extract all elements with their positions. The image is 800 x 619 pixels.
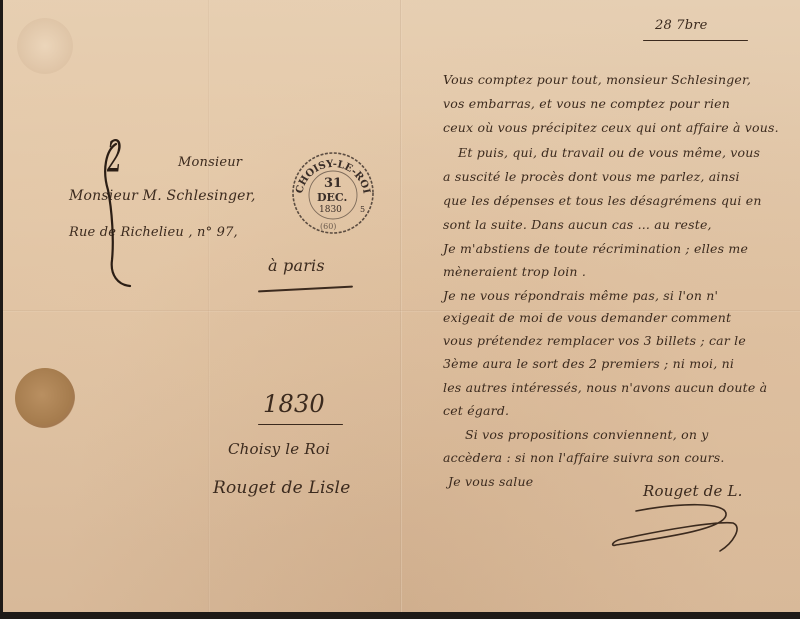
city-underline	[258, 286, 353, 293]
address-bracket-icon	[98, 140, 138, 290]
postmark-month: DEC.	[317, 191, 347, 204]
wax-seal-stain	[15, 368, 75, 428]
letter-line: exigeait de moi de vous demander comment	[443, 310, 731, 325]
postmark-year: 1830	[319, 205, 342, 215]
address-recipient: Monsieur M. Schlesinger,	[69, 188, 256, 204]
letter-line: Je ne vous répondrais même pas, si l'on …	[443, 288, 718, 303]
annotation-author: Rouget de Lisle	[213, 478, 350, 498]
postmark-code: (60)	[320, 222, 336, 231]
annotation-place: Choisy le Roi	[228, 440, 330, 458]
letter-line: que les dépenses et tous les désagrémens…	[443, 193, 762, 208]
letter-line: ceux où vous précipitez ceux qui ont aff…	[443, 120, 779, 135]
postmark-stamp: CHOISY-LE-ROI 31 DEC. 1830 (60) 5	[290, 150, 376, 236]
date-underline	[643, 40, 748, 41]
postmark-side-mark: 5	[360, 205, 365, 214]
vertical-fold-line	[400, 0, 402, 612]
letter-line: Si vos propositions conviennent, on y	[465, 427, 709, 442]
letter-line: vos embarras, et vous ne comptez pour ri…	[443, 96, 730, 111]
embossed-seal-mark	[17, 18, 73, 74]
letter-line: Vous comptez pour tout, monsieur Schlesi…	[443, 72, 751, 87]
letter-line: vous prétendez remplacer vos 3 billets ;…	[443, 333, 746, 348]
scan-bottom-border	[0, 612, 800, 619]
letter-line: Je vous salue	[448, 474, 533, 489]
letter-line: Et puis, qui, du travail ou de vous même…	[458, 145, 760, 160]
postmark-day: 31	[324, 176, 342, 191]
letter-line: 3ème aura le sort des 2 premiers ; ni mo…	[443, 356, 734, 371]
address-street: Rue de Richelieu , n° 97,	[69, 225, 238, 240]
address-city: à paris	[268, 256, 325, 275]
letter-line: Je m'abstiens de toute récrimination ; e…	[443, 241, 748, 256]
address-salutation: Monsieur	[178, 155, 242, 170]
letter-line: sont la suite. Dans aucun cas ... au res…	[443, 217, 712, 232]
annotation-year-underline	[258, 424, 343, 425]
letter-line: a suscité le procès dont vous me parlez,…	[443, 169, 740, 184]
annotation-year: 1830	[263, 390, 325, 418]
signature-flourish-icon	[608, 495, 748, 555]
letter-date: 28 7bre	[655, 18, 708, 33]
vertical-fold-line-left	[208, 0, 210, 612]
letter-line: accèdera : si non l'affaire suivra son c…	[443, 450, 725, 465]
letter-sheet: 2 Monsieur Monsieur M. Schlesinger, Rue …	[3, 0, 800, 612]
letter-line: les autres intéressés, nous n'avons aucu…	[443, 380, 767, 395]
letter-line: cet égard.	[443, 403, 509, 418]
letter-line: mèneraient trop loin .	[443, 264, 586, 279]
